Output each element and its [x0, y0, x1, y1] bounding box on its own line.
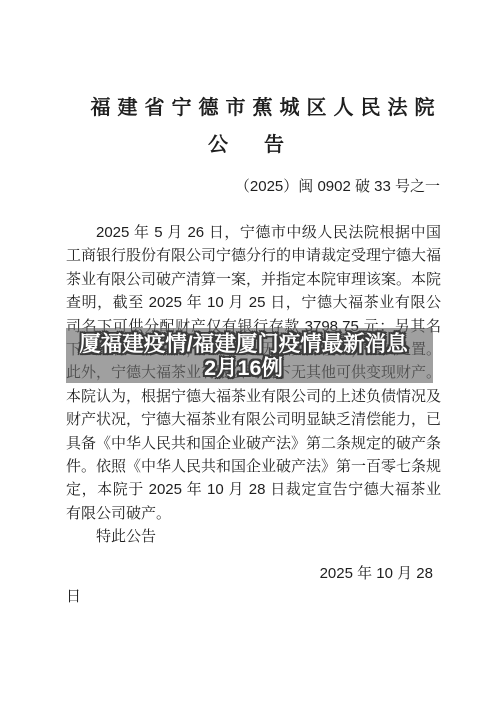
court-name-title: 福建省宁德市蕉城区人民法院 [0, 98, 500, 118]
watermark-text-line-1: 厦福建疫情/福建厦门疫情最新消息 [79, 332, 407, 356]
date-block: 2025 年 10 月 28 日 [66, 562, 441, 609]
closing-line: 特此公告 [66, 525, 441, 548]
date-line-2: 日 [66, 585, 441, 608]
announcement-body: 2025 年 5 月 26 日，宁德市中级人民法院根据中国工商银行股份有限公司宁… [66, 221, 441, 609]
date-line-1: 2025 年 10 月 28 [66, 562, 441, 585]
watermark-text-line-2: 2月16例 [204, 356, 283, 380]
case-number: （2025）闽 0902 破 33 号之一 [0, 179, 440, 195]
court-announcement-document: 福建省宁德市蕉城区人民法院 公 告 （2025）闽 0902 破 33 号之一 … [0, 0, 500, 706]
watermark-overlay-band: 厦福建疫情/福建厦门疫情最新消息 2月16例 [66, 328, 433, 383]
doc-type-title: 公 告 [0, 135, 500, 155]
